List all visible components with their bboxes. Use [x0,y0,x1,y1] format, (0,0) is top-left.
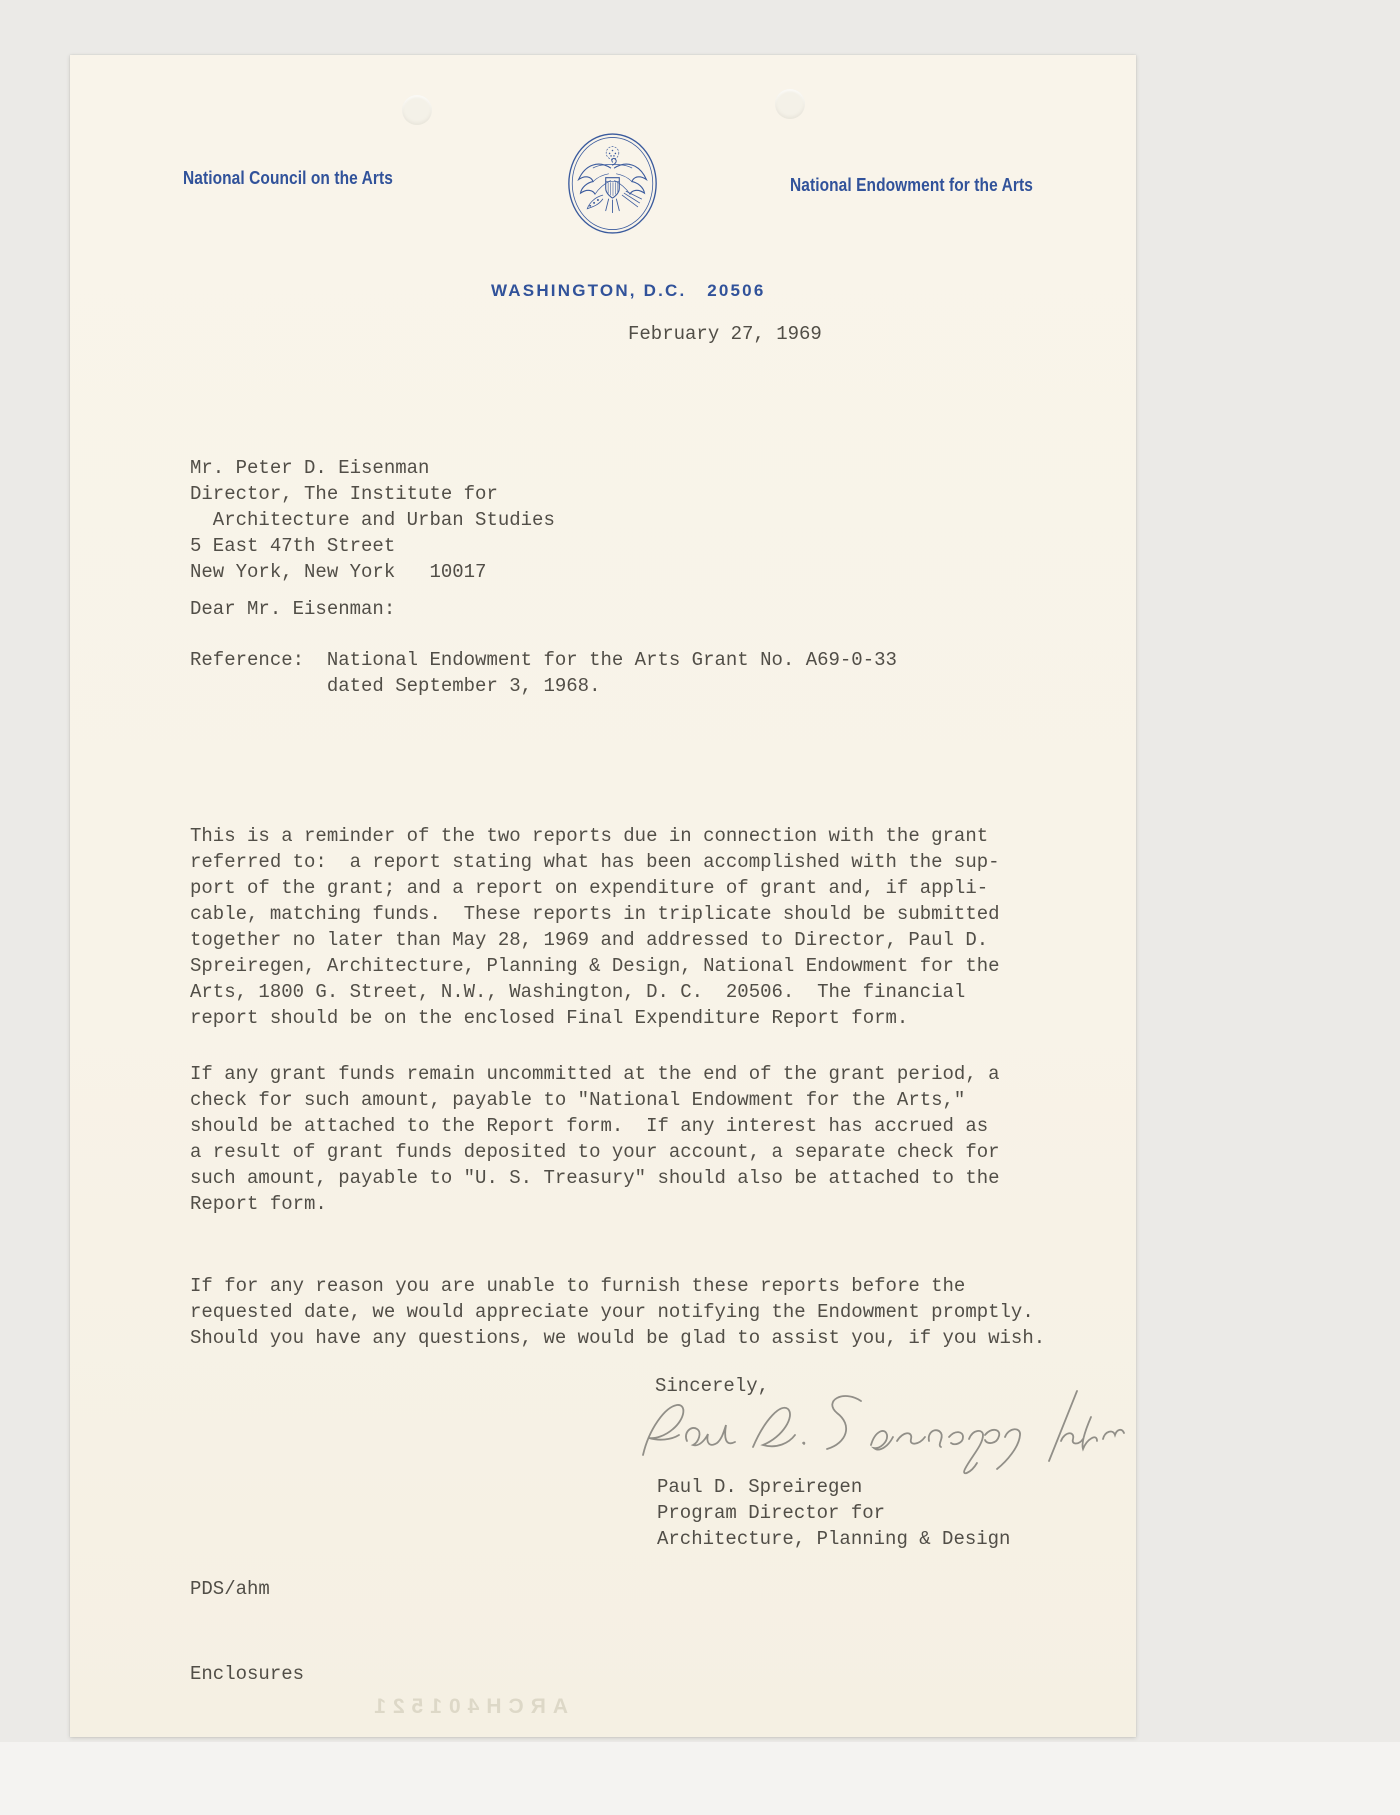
body-paragraph-1: This is a reminder of the two reports du… [190,823,1000,1031]
hole-punch [775,89,805,119]
letterhead-left-org: National Council on the Arts [183,168,393,189]
hole-punch [402,95,432,125]
body-paragraph-3: If for any reason you are unable to furn… [190,1273,1045,1351]
scanner-background [0,1742,1400,1815]
letterhead-address: WASHINGTON, D.C. 20506 [491,281,766,301]
bleedthrough-stamp: ARCH401521 [278,1695,568,1719]
date-line: February 27, 1969 [628,321,822,347]
handwritten-signature [625,1385,1125,1485]
salutation: Dear Mr. Eisenman: [190,596,395,622]
typed-signature-block: Paul D. Spreiregen Program Director for … [657,1474,1010,1552]
great-seal-icon [564,129,661,243]
recipient-address-block: Mr. Peter D. Eisenman Director, The Inst… [190,455,555,585]
typist-initials: PDS/ahm [190,1576,270,1602]
reference-block: Reference: National Endowment for the Ar… [190,647,897,699]
letter-page: National Council on the Arts [70,55,1136,1737]
body-paragraph-2: If any grant funds remain uncommitted at… [190,1061,1000,1217]
enclosures-note: Enclosures [190,1661,304,1687]
letterhead-right-org: National Endowment for the Arts [790,175,1033,196]
